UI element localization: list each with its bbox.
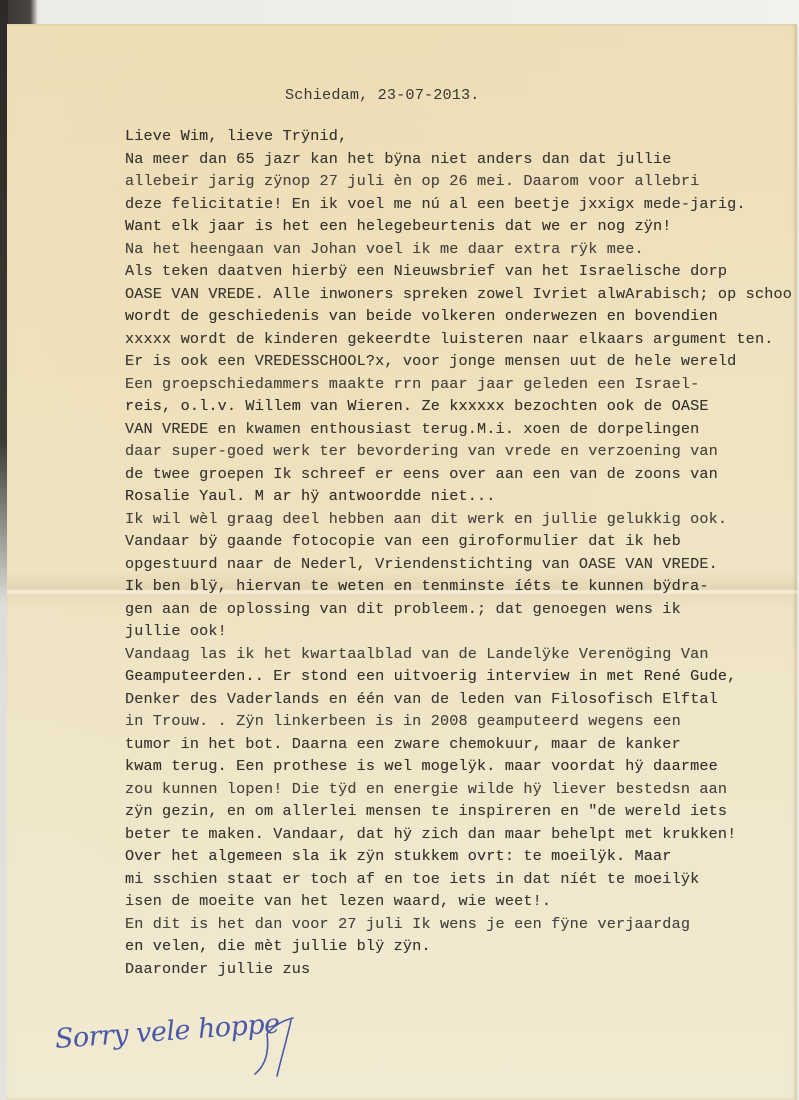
letter-line: OASE VAN VREDE. Alle inwoners spreken zo… — [125, 283, 792, 306]
letter-line: in Trouw. . Zÿn linkerbeen is in 2008 ge… — [125, 710, 792, 733]
letter-line: allebeir jarig zÿnop 27 juli èn op 26 me… — [125, 170, 792, 193]
letter-line: reis, o.l.v. Willem van Wieren. Ze kxxxx… — [125, 395, 792, 418]
letter-line: Rosalie Yaul. M ar hÿ antwoordde niet... — [125, 485, 792, 508]
letter-line: zou kunnen lopen! Die tÿd en energie wil… — [125, 778, 792, 801]
letter-line: deze felicitatie! En ik voel me nú al ee… — [125, 193, 792, 216]
letter-line: Na meer dan 65 jazr kan het bÿna niet an… — [125, 148, 792, 171]
letter-line: tumor in het bot. Daarna een zware chemo… — [125, 733, 792, 756]
letter-closing: Daaronder jullie zus — [125, 958, 792, 981]
letter-line: beter te maken. Vandaar, dat hÿ zich dan… — [125, 823, 792, 846]
letter-line: xxxxx wordt de kinderen gekeerdte luiste… — [125, 328, 792, 351]
letter-dateline: Schiedam, 23-07-2013. — [285, 86, 480, 104]
letter-line: daar super-goed werk ter bevordering van… — [125, 440, 792, 463]
letter-line: Na het heengaan van Johan voel ik me daa… — [125, 238, 792, 261]
letter-line: opgestuurd naar de Nederl, Vriendenstich… — [125, 553, 792, 576]
letter-line: isen de moeite van het lezen waard, wie … — [125, 890, 792, 913]
letter-line: Ik ben blÿ, hiervan te weten en tenminst… — [125, 575, 792, 598]
letter-line: gen aan de oplossing van dit probleem.; … — [125, 598, 792, 621]
letter-line: en velen, die mèt jullie blÿ zÿn. — [125, 935, 792, 958]
letter-line: VAN VREDE en kwamen enthousiast terug.M.… — [125, 418, 792, 441]
signature-flourish-icon — [247, 1014, 307, 1094]
letter-line: Vandaag las ik het kwartaalblad van de L… — [125, 643, 792, 666]
letter-line: de twee groepen Ik schreef er eens over … — [125, 463, 792, 486]
letter-line: Denker des Vaderlands en één van de lede… — [125, 688, 792, 711]
letter-line: zÿn gezin, en om allerlei mensen te insp… — [125, 800, 792, 823]
letter-line: Er is ook een VREDESSCHOOL?x, voor jonge… — [125, 350, 792, 373]
letter-line: Vandaar bÿ gaande fotocopie van een giro… — [125, 530, 792, 553]
letter-line: Een groepschiedammers maakte rrn paar ja… — [125, 373, 792, 396]
letter-text: Lieve Wim, lieve Trÿnid, Na meer dan 65 … — [125, 125, 792, 980]
letter-line: Want elk jaar is het een helegebeurtenis… — [125, 215, 792, 238]
letter-paper: Schiedam, 23-07-2013. Lieve Wim, lieve T… — [7, 24, 797, 1100]
letter-line: Over het algemeen sla ik zÿn stukkem ovr… — [125, 845, 792, 868]
letter-line: jullie ook! — [125, 620, 792, 643]
letter-line: kwam terug. Een prothese is wel mogelÿk.… — [125, 755, 792, 778]
letter-line: En dit is het dan voor 27 juli Ik wens j… — [125, 913, 792, 936]
letter-line: Als teken daatven hierbÿ een Nieuwsbrief… — [125, 260, 792, 283]
letter-salutation: Lieve Wim, lieve Trÿnid, — [125, 125, 792, 148]
letter-line: wordt de geschiedenis van beide volkeren… — [125, 305, 792, 328]
scanner-background-top — [0, 0, 799, 26]
letter-line: Ik wil wèl graag deel hebben aan dit wer… — [125, 508, 792, 531]
letter-line: mi sschien staat er toch af en toe iets … — [125, 868, 792, 891]
letter-line: Geamputeerden.. Er stond een uitvoerig i… — [125, 665, 792, 688]
